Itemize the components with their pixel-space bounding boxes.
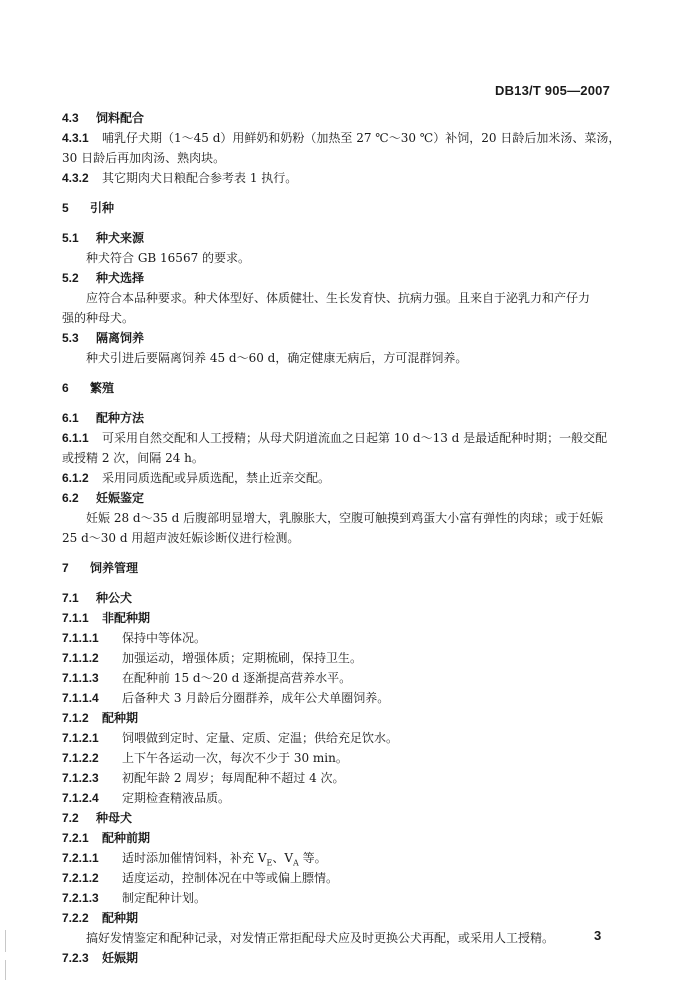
paragraph-continuation: 30 日龄后再加肉汤、熟肉块。 [62,148,622,168]
clause-number: 7.1.2 [62,708,102,728]
heading-title: 繁殖 [90,381,114,395]
chapter-heading: 7饲养管理 [62,558,622,578]
paragraph: 应符合本品种要求。种犬体型好、体质健壮、生长发育快、抗病力强。且来自于泌乳力和产… [62,288,622,308]
clause: 4.3.2其它期肉犬日粮配合参考表 1 执行。 [62,168,622,188]
page-number: 3 [594,928,601,943]
paragraph-text: 强的种母犬。 [62,311,134,325]
heading-title: 配种方法 [96,411,144,425]
paragraph-text: 种犬符合 GB 16567 的要求。 [86,251,250,265]
clause-number: 6.1.2 [62,468,102,488]
clause-text: 定期检查精液品质。 [122,791,230,805]
clause-number: 7.1.1 [62,608,102,628]
clause-number: 7.1.2.1 [62,728,122,748]
clause-text: 其它期肉犬日粮配合参考表 1 执行。 [102,171,297,185]
clause-number: 7.2.1.1 [62,848,122,868]
paragraph: 种犬符合 GB 16567 的要求。 [62,248,622,268]
heading-title: 饲料配合 [96,111,144,125]
clause-text: 加强运动，增强体质；定期梳刷，保持卫生。 [122,651,362,665]
clause-number: 4.3.1 [62,128,102,148]
section-heading: 5.2种犬选择 [62,268,622,288]
clause: 4.3.1哺乳仔犬期（1～45 d）用鲜奶和奶粉（加热至 27 ℃～30 ℃）补… [62,128,622,148]
section-heading: 7.2种母犬 [62,808,622,828]
section-heading: 7.1.2配种期 [62,708,622,728]
clause-number: 6 [62,378,90,398]
clause-number: 4.3.2 [62,168,102,188]
clause-text: 适度运动，控制体况在中等或偏上膘情。 [122,871,338,885]
section-heading: 7.2.1配种前期 [62,828,622,848]
clause-number: 7 [62,558,90,578]
paragraph-text: 应符合本品种要求。种犬体型好、体质健壮、生长发育快、抗病力强。且来自于泌乳力和产… [86,291,590,305]
clause-number: 7.1.1.2 [62,648,122,668]
clause-text: 可采用自然交配和人工授精；从母犬阴道流血之日起第 10 d～13 d 是最适配种… [102,431,607,445]
clause-text: 哺乳仔犬期（1～45 d）用鲜奶和奶粉（加热至 27 ℃～30 ℃）补饲，20 … [102,131,620,145]
clause-number: 7.2.1.3 [62,888,122,908]
paragraph-text: 30 日龄后再加肉汤、熟肉块。 [62,151,225,165]
clause: 7.1.1.4后备种犬 3 月龄后分圈群养，成年公犬单圈饲养。 [62,688,622,708]
clause-number: 5.3 [62,328,96,348]
clause-number: 5 [62,198,90,218]
heading-title: 配种期 [102,711,138,725]
section-heading: 7.2.3妊娠期 [62,948,622,968]
heading-title: 配种前期 [102,831,150,845]
heading-title: 妊娠鉴定 [96,491,144,505]
clause-number: 7.1.2.2 [62,748,122,768]
paragraph: 妊娠 28 d～35 d 后腹部明显增大，乳腺胀大，空腹可触摸到鸡蛋大小富有弹性… [62,508,622,528]
clause: 6.1.1可采用自然交配和人工授精；从母犬阴道流血之日起第 10 d～13 d … [62,428,622,448]
clause-text: 上下午各运动一次，每次不少于 30 min。 [122,751,348,765]
paragraph-continuation: 25 d～30 d 用超声波妊娠诊断仪进行检测。 [62,528,622,548]
heading-title: 种母犬 [96,811,132,825]
document-body: 4.3饲料配合4.3.1哺乳仔犬期（1～45 d）用鲜奶和奶粉（加热至 27 ℃… [62,108,622,968]
heading-title: 非配种期 [102,611,150,625]
section-heading: 6.2妊娠鉴定 [62,488,622,508]
clause-number: 7.1.2.4 [62,788,122,808]
clause-number: 7.1 [62,588,96,608]
clause: 7.1.1.2加强运动，增强体质；定期梳刷，保持卫生。 [62,648,622,668]
heading-title: 引种 [90,201,114,215]
scan-edge-mark [5,960,6,980]
clause: 7.1.2.3初配年龄 2 周岁；每周配种不超过 4 次。 [62,768,622,788]
heading-title: 隔离饲养 [96,331,144,345]
paragraph-continuation: 强的种母犬。 [62,308,622,328]
clause: 7.2.1.3制定配种计划。 [62,888,622,908]
section-heading: 7.1.1非配种期 [62,608,622,628]
clause-number: 5.1 [62,228,96,248]
clause-text: 采用同质选配或异质选配，禁止近亲交配。 [102,471,330,485]
section-heading: 5.3隔离饲养 [62,328,622,348]
paragraph: 种犬引进后要隔离饲养 45 d～60 d，确定健康无病后，方可混群饲养。 [62,348,622,368]
paragraph: 搞好发情鉴定和配种记录，对发情正常拒配母犬应及时更换公犬再配，或采用人工授精。 [62,928,622,948]
clause-number: 7.1.1.3 [62,668,122,688]
clause-number: 7.1.1.4 [62,688,122,708]
heading-title: 妊娠期 [102,951,138,965]
section-heading: 6.1配种方法 [62,408,622,428]
clause-text: 在配种前 15 d～20 d 逐渐提高营养水平。 [122,671,351,685]
clause-text: 饲喂做到定时、定量、定质、定温；供给充足饮水。 [122,731,398,745]
clause-number: 7.2.2 [62,908,102,928]
clause-text: 后备种犬 3 月龄后分圈群养，成年公犬单圈饲养。 [122,691,389,705]
clause-number: 7.2 [62,808,96,828]
paragraph-continuation: 或授精 2 次，间隔 24 h。 [62,448,622,468]
heading-title: 种犬选择 [96,271,144,285]
clause: 7.1.1.3在配种前 15 d～20 d 逐渐提高营养水平。 [62,668,622,688]
clause-number: 6.2 [62,488,96,508]
heading-title: 种犬来源 [96,231,144,245]
section-heading: 7.2.2配种期 [62,908,622,928]
clause: 7.1.2.1饲喂做到定时、定量、定质、定温；供给充足饮水。 [62,728,622,748]
standard-code-header: DB13/T 905—2007 [495,83,610,98]
clause: 7.1.2.2上下午各运动一次，每次不少于 30 min。 [62,748,622,768]
clause-number: 5.2 [62,268,96,288]
clause-text: 适时添加催情饲料，补充 VE、VA 等。 [122,851,327,865]
clause-number: 7.2.1.2 [62,868,122,888]
clause-number: 4.3 [62,108,96,128]
clause: 7.2.1.2适度运动，控制体况在中等或偏上膘情。 [62,868,622,888]
chapter-heading: 6繁殖 [62,378,622,398]
section-heading: 5.1种犬来源 [62,228,622,248]
section-heading: 7.1种公犬 [62,588,622,608]
clause-text: 保持中等体况。 [122,631,206,645]
chapter-heading: 5引种 [62,198,622,218]
clause-text: 制定配种计划。 [122,891,206,905]
paragraph-text: 25 d～30 d 用超声波妊娠诊断仪进行检测。 [62,531,299,545]
heading-title: 配种期 [102,911,138,925]
clause-number: 7.1.1.1 [62,628,122,648]
clause-text: 初配年龄 2 周岁；每周配种不超过 4 次。 [122,771,345,785]
scan-edge-mark [5,930,6,952]
clause-number: 6.1 [62,408,96,428]
heading-title: 饲养管理 [90,561,138,575]
clause-number: 6.1.1 [62,428,102,448]
clause: 7.1.2.4定期检查精液品质。 [62,788,622,808]
clause-number: 7.2.3 [62,948,102,968]
paragraph-text: 种犬引进后要隔离饲养 45 d～60 d，确定健康无病后，方可混群饲养。 [86,351,467,365]
clause: 7.2.1.1适时添加催情饲料，补充 VE、VA 等。 [62,848,622,868]
clause: 7.1.1.1保持中等体况。 [62,628,622,648]
clause-number: 7.2.1 [62,828,102,848]
paragraph-text: 或授精 2 次，间隔 24 h。 [62,451,204,465]
clause: 6.1.2采用同质选配或异质选配，禁止近亲交配。 [62,468,622,488]
paragraph-text: 妊娠 28 d～35 d 后腹部明显增大，乳腺胀大，空腹可触摸到鸡蛋大小富有弹性… [86,511,603,525]
paragraph-text: 搞好发情鉴定和配种记录，对发情正常拒配母犬应及时更换公犬再配，或采用人工授精。 [86,931,554,945]
heading-title: 种公犬 [96,591,132,605]
section-heading: 4.3饲料配合 [62,108,622,128]
clause-number: 7.1.2.3 [62,768,122,788]
